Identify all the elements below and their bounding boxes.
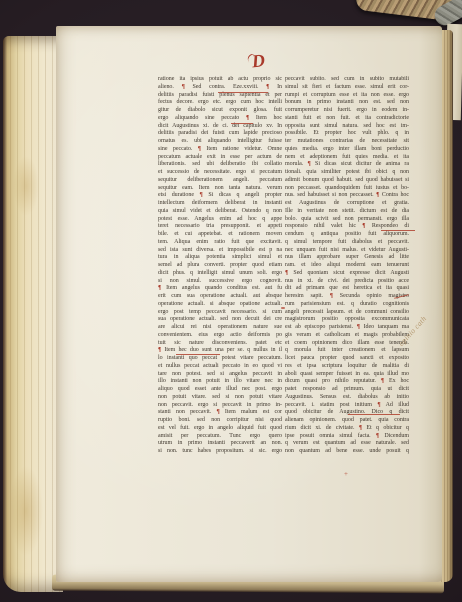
text-line: dit ad primam que est heretica et ita qu…	[285, 285, 409, 293]
cross-mark: +	[344, 470, 348, 478]
text-line: intellectum deiformem deliberat in insta…	[158, 200, 282, 208]
text-line: et nullus peccat actuali peccato in eo q…	[158, 363, 282, 371]
text-line: ipse posuit omnia simul facta. ¶ Dicendu…	[285, 433, 409, 441]
text-line: quia simul videt et deliberat. Ostendo q…	[158, 208, 282, 216]
text-line: tare non potest. sed si angelus peccavit…	[158, 371, 282, 379]
text-line: fectus decore. ergo etc. ergo cum hoc in…	[158, 99, 282, 107]
text-line: potest esse. Angelus enim ad hoc q appe	[158, 216, 282, 224]
pilcrow-mark: ¶	[308, 161, 311, 167]
text-line: sine peccato. ¶ Item ratione videtur. Om…	[158, 146, 282, 154]
text-line: semel ad plura converti. propter quod et…	[158, 262, 282, 270]
text-line: nus illam approbare super Genesis ad lit…	[285, 254, 409, 262]
text-line: morula. ¶ Si dicas sicut dicitur de anim…	[285, 161, 409, 169]
text-line: aliquo quod esset ante illud nec post. e…	[158, 386, 282, 394]
pilcrow-mark: ¶	[266, 84, 269, 90]
text-line: stanti fuit et non fuit. et ita contradi…	[285, 115, 409, 123]
text-line: sequitur deliberationem angeli. peccatum	[158, 177, 282, 185]
pilcrow-mark: ¶	[359, 425, 362, 431]
text-line: teret necessario tria presupponit. et ap…	[158, 223, 282, 231]
book-page: D ratione ita ipsius potuit ab actu prop…	[56, 26, 442, 582]
text-line: etsi duratione ¶ Si dicas q angeli propt…	[158, 192, 282, 200]
text-line: nem et adeptionem fuit quies media. et i…	[285, 154, 409, 162]
pilcrow-mark: ¶	[182, 84, 185, 90]
pilcrow-mark: ¶	[246, 115, 249, 121]
text-line: ter mutationes contrarias de necessitate…	[285, 138, 409, 146]
text-line: tuit sic nature disconveniens. patet etc	[158, 340, 282, 348]
paper-stain	[13, 156, 39, 216]
text-line: opposita sunt simul natura. sed hoc est …	[285, 123, 409, 131]
pilcrow-mark: ¶	[357, 324, 360, 330]
rubric-margin-line	[348, 414, 400, 415]
text-line: angeli precessit lapsum. et de communi c…	[285, 309, 409, 317]
pilcrow-mark: ¶	[377, 402, 380, 408]
rubric-stroke	[231, 123, 253, 124]
text-line: tionali. quia similiter potest ibi obici…	[285, 169, 409, 177]
text-line: dicit phus. q intelligit simul unum soli…	[158, 270, 282, 278]
text-line: nus in xi. de civi. dei predicta positio…	[285, 278, 409, 286]
text-line: possibile. Et propter hoc vult phlo. q i…	[285, 130, 409, 138]
text-line: licet pauca propter quod sancti et expos…	[285, 355, 409, 363]
text-line: are alicui rei nisi operationem nature s…	[158, 324, 282, 332]
text-line: sequitur eam. Item non tanta natura. ver…	[158, 185, 282, 193]
text-line: lo instanti quo peccat potest vitare pec…	[158, 355, 282, 363]
text-line: ergo aliquando sine peccato ¶ Item hoc	[158, 115, 282, 123]
text-line: corrumperetur nisi fuerit. ergo in eodem…	[285, 107, 409, 115]
pilcrow-mark: ¶	[200, 192, 203, 198]
rubric-margin-line	[381, 230, 415, 231]
pilcrow-mark: ¶	[285, 270, 288, 276]
text-line: et successio de necessitate. ergo si pec…	[158, 169, 282, 177]
text-line: dicum quasi pro nihilo reputatur. ¶ Ex h…	[285, 378, 409, 386]
text-line: ergo post temp peccavit necessario. si c…	[158, 309, 282, 317]
text-line: rumpi et corruptum esse et ita non esse.…	[285, 92, 409, 100]
text-line: patet responsio ad primum. quia ut dicit	[285, 386, 409, 394]
text-line: aboli quasi semper fuisset in ea. quia i…	[285, 371, 409, 379]
text-line: delitiis paradisi dei fuisti cum lapide …	[158, 130, 282, 138]
pilcrow-mark: ¶	[330, 293, 333, 299]
text-line: est Augustinus de corruptione et gratia.	[285, 200, 409, 208]
text-line: heresim sapit. ¶ Secunda opinio magistro	[285, 293, 409, 301]
fore-edge	[441, 30, 453, 582]
text-line: peccavit subito. sed cum in subito mutab…	[285, 76, 409, 84]
text-line: alieno. ¶ Sed contra. Eze.xxviii. ¶ In	[158, 84, 282, 92]
text-line: ¶ Sed quoniam sicut expresse dicit Augus…	[285, 270, 409, 278]
text-line: erit cum sua operatione actuali. aut abs…	[158, 293, 282, 301]
text-line: rum parisiensium est. q duratio cognitio…	[285, 301, 409, 309]
pilcrow-mark: ¶	[381, 378, 384, 384]
text-line: sed ista sunt diversa. et impossibile es…	[158, 247, 282, 255]
photo-backdrop: D ratione ita ipsius potuit ab actu prop…	[0, 0, 462, 602]
text-line: convenientem. eius ergo actio deiformis …	[158, 332, 282, 340]
text-line: est ab episcopo parisiensi. ¶ Ideo tanqu…	[285, 324, 409, 332]
text-line: Ille in veritate non stetit. dictum est …	[285, 208, 409, 216]
pilcrow-mark: ¶	[158, 285, 161, 291]
text-line: peccatum actuale exit in esse per actum …	[158, 154, 282, 162]
text-line: magistrorum positio opposita excommunica…	[285, 316, 409, 324]
text-line: simul sit fieri et factum esse. simul er…	[285, 84, 409, 92]
text-line: tem. Aliqua enim ratio fuit que excitavi…	[158, 239, 282, 247]
text-column-left: ratione ita ipsius potuit ab actu propri…	[158, 76, 282, 456]
text-line: nec unquam fuit nisi malus. et videtur A…	[285, 247, 409, 255]
text-line: non peccavit. ergo si peccavit in primo …	[158, 402, 282, 410]
text-line: q simul tempore fuit diabolus et peccavi…	[285, 239, 409, 247]
text-line: alienam opinionem. quod patet. quia cont…	[285, 417, 409, 425]
pilcrow-mark: ¶	[376, 433, 379, 439]
text-line: rium dicit xi. de civitate. ¶ Et q obici…	[285, 425, 409, 433]
pilcrow-mark: ¶	[158, 347, 161, 353]
rubric-underline	[176, 354, 220, 355]
text-line: gis veram et catholicam et magis probabi…	[285, 332, 409, 340]
text-line: ¶ Item angelus quando conditus est. aut …	[158, 285, 282, 293]
text-line: utrum in primo instanti peccaverit an no…	[158, 440, 282, 448]
text-line: Augustinus. Sensus est. diabolus ab init…	[285, 394, 409, 402]
text-line: stanti non peccavit. ¶ Item malum est co…	[158, 409, 282, 417]
text-line: ornatus es. ubi aliquando intelligitur f…	[158, 138, 282, 146]
text-line: q verum est quantum ad esse naturale. se…	[285, 440, 409, 448]
text-line: est vel fuit. ergo in angelo aliquid fui…	[158, 425, 282, 433]
text-line: amisit per peccatum. Tunc ergo quero	[158, 433, 282, 441]
text-line: gitur de diabolo sicut exponit glosa. fu…	[158, 107, 282, 115]
rubric-stroke	[218, 92, 268, 93]
text-line: liberationis. sed ubi deliberatio ibi co…	[158, 161, 282, 169]
text-line: non quantum ad bene esse. unde posuit q	[285, 448, 409, 456]
rubric-ornament: D	[251, 49, 279, 76]
pilcrow-mark: ¶	[198, 146, 201, 152]
pilcrow-mark: ¶	[216, 409, 219, 415]
text-line: ruptio boni. sed non corripitur nisi quo…	[158, 417, 282, 425]
text-line: nus. sed habuisset si non peccasset. ¶ C…	[285, 192, 409, 200]
text-line: bonum in primo instanti non est. sed non	[285, 99, 409, 107]
rubric-speck	[281, 307, 285, 309]
paper-stain	[9, 466, 43, 556]
text-line: illo instanti non potuit in illo vitare …	[158, 378, 282, 386]
text-line: si non. tunc habes propositum. si sic. e…	[158, 448, 282, 456]
text-line: res et ipsa scriptura loquitur de maliti…	[285, 363, 409, 371]
text-line: bolo. quia scivit sed non permansit. erg…	[285, 216, 409, 224]
pilcrow-mark: ¶	[362, 223, 365, 229]
text-column-right: peccavit subito. sed cum in subito mutab…	[285, 76, 409, 456]
text-line: quies media. ergo inter illam boni perdu…	[285, 146, 409, 154]
page-stack-edges	[3, 36, 63, 592]
text-line: non peccasset. quandoquidem fuit iustus …	[285, 185, 409, 193]
text-line: operatione actuali. si absque opatione a…	[158, 301, 282, 309]
text-line: ram. et ideo aliqui moderni eam tenuerun…	[285, 262, 409, 270]
text-line: adimit bonum quod habuit. sed quod habui…	[285, 177, 409, 185]
text-line: cendum q antiqua positio fuit aliquorum.	[285, 231, 409, 239]
text-line: tura in aliqua potentia simplici simul e…	[158, 254, 282, 262]
text-line: peccavit. i. statim post initium ¶ Ad il…	[285, 402, 409, 410]
pilcrow-mark: ¶	[376, 192, 379, 198]
text-line: q morula fuit inter creationem et lapsum	[285, 347, 409, 355]
text-line: non potuit vitare. sed si non potuit vit…	[158, 394, 282, 402]
text-line: ratione ita ipsius potuit ab actu propri…	[158, 76, 282, 84]
text-line: bile. et cui appetebat. et rationem move…	[158, 231, 282, 239]
text-line: sua operatione actuali. sed non decuit d…	[158, 316, 282, 324]
